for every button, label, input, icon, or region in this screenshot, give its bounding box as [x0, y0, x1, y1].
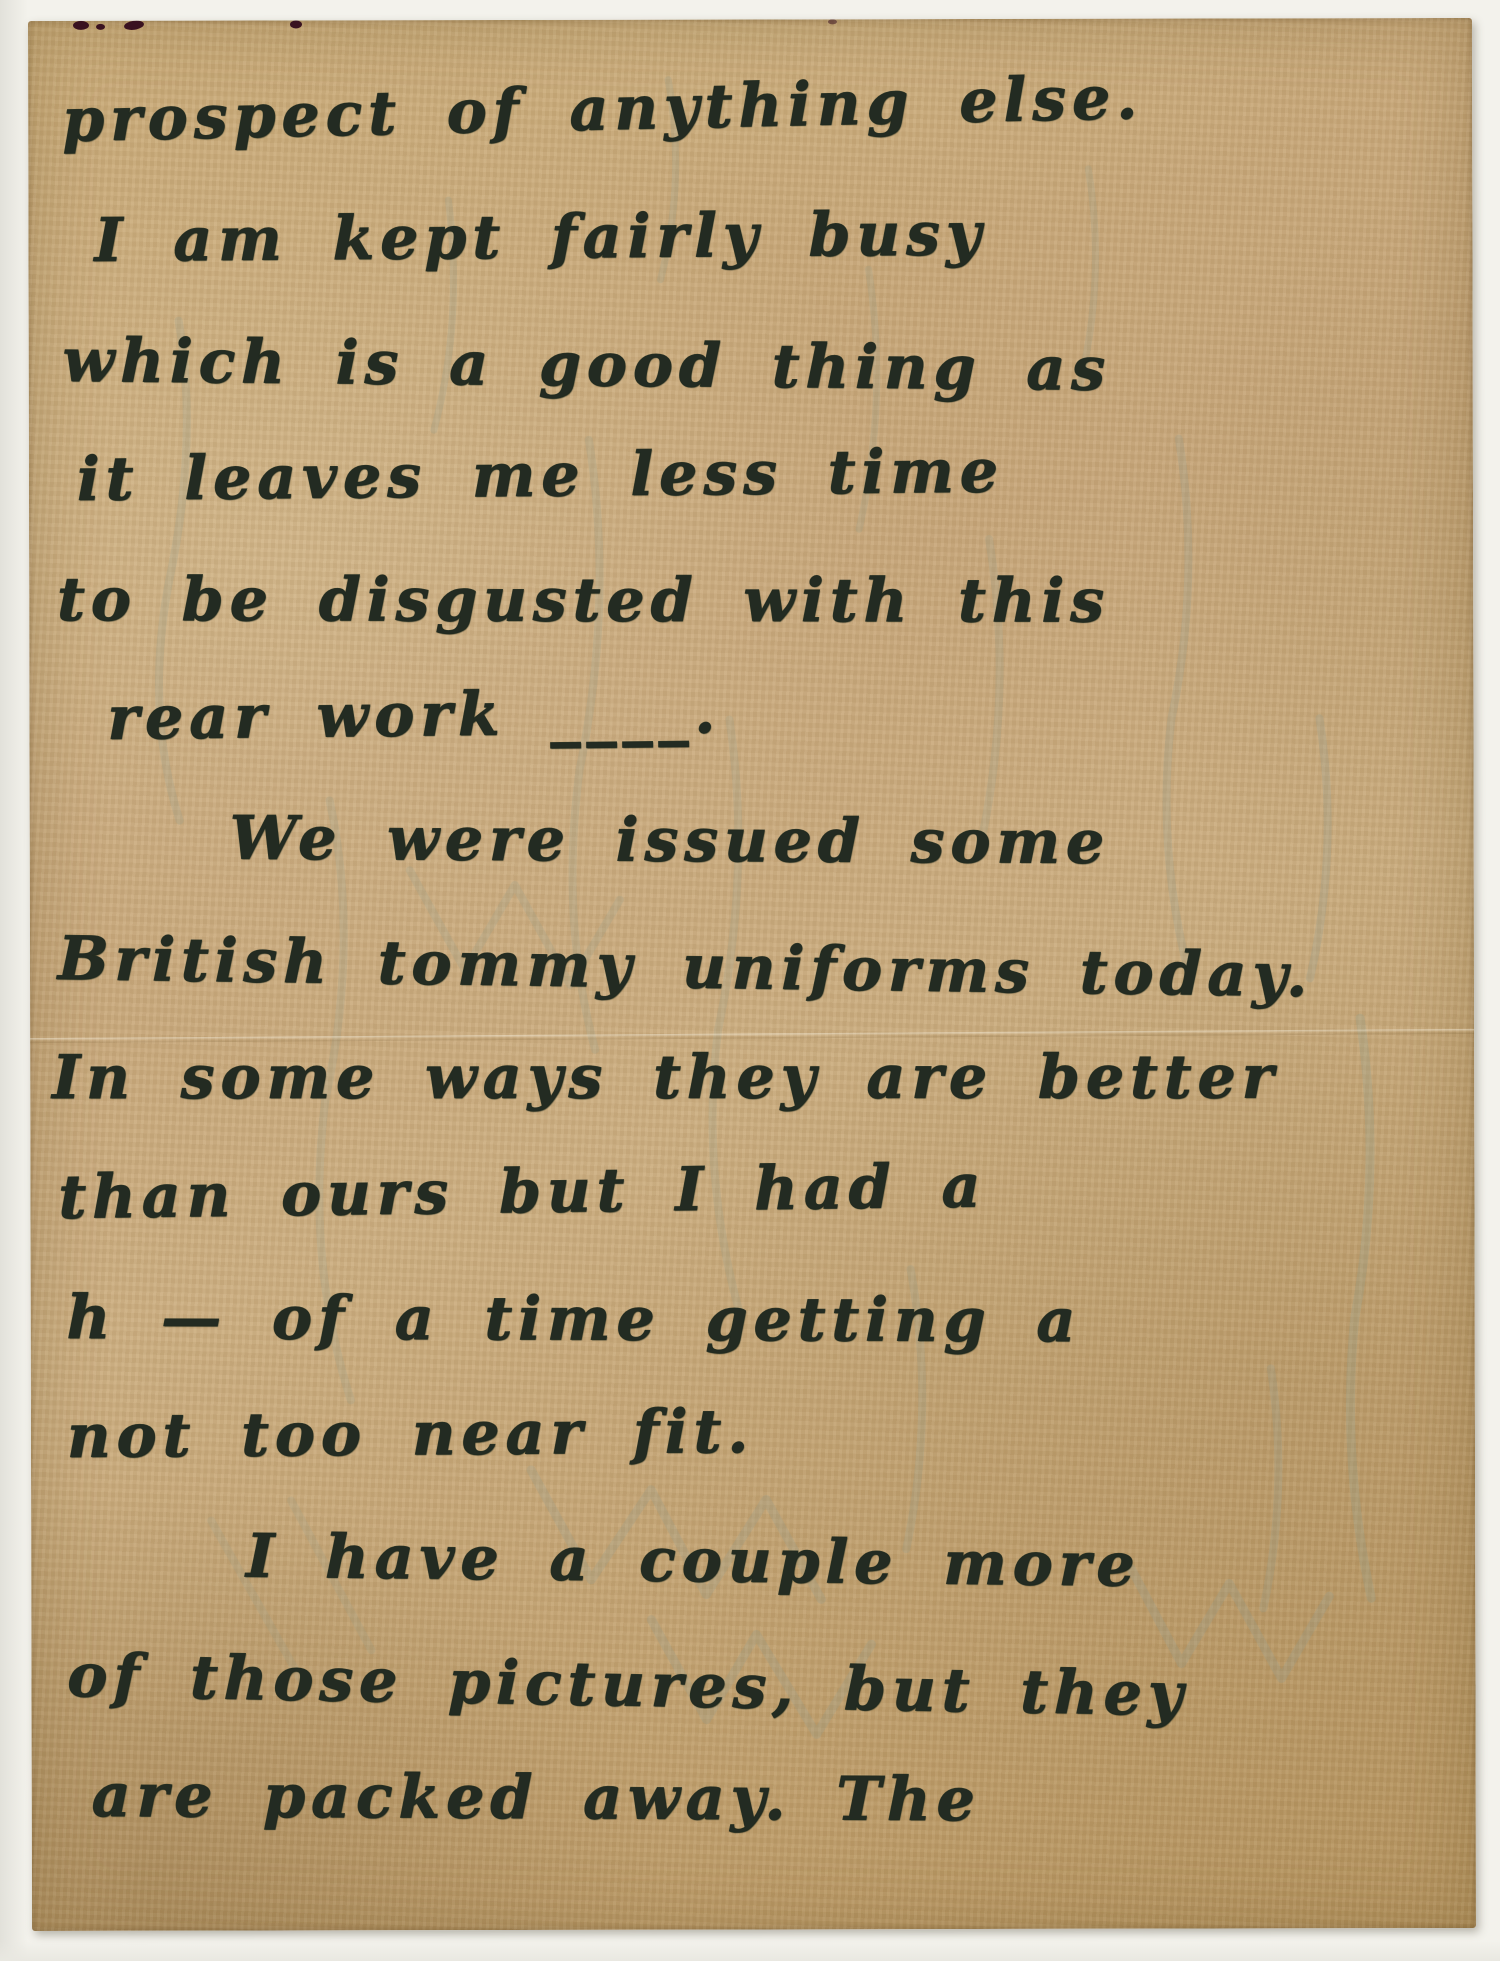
handwritten-line-4: it leaves me less time: [77, 435, 1005, 515]
handwritten-line-12: not too near fit.: [67, 1396, 755, 1473]
ink-spot: [73, 21, 89, 30]
handwritten-line-13: I have a couple more: [246, 1521, 1141, 1602]
ink-spot: [290, 20, 302, 28]
handwritten-line-15: are packed away. The: [92, 1760, 981, 1836]
ink-spot: [96, 24, 105, 30]
handwritten-line-7: We were issued some: [230, 803, 1111, 879]
handwritten-line-5: to be disgusted with this: [57, 564, 1110, 637]
handwritten-line-1: prospect of anything else.: [61, 62, 1143, 157]
scanner-background: prospect of anything else. I am kept fai…: [0, 0, 1500, 1961]
handwritten-line-3: which is a good thing as: [62, 325, 1111, 406]
handwritten-line-14: of those pictures, but they: [67, 1640, 1190, 1731]
handwritten-line-6: rear work ____.: [107, 676, 722, 755]
handwritten-line-10: than ours but I had a: [58, 1150, 987, 1234]
ink-spot: [828, 19, 837, 24]
ink-spot: [123, 19, 144, 31]
handwritten-line-11: h — of a time getting a: [67, 1282, 1082, 1357]
handwritten-line-8: British tommy uniforms today.: [57, 923, 1313, 1012]
letter-paper: prospect of anything else. I am kept fai…: [28, 18, 1476, 1931]
handwritten-line-9: In some ways they are better: [52, 1042, 1279, 1114]
handwritten-line-2: I am kept fairly busy: [94, 198, 987, 277]
